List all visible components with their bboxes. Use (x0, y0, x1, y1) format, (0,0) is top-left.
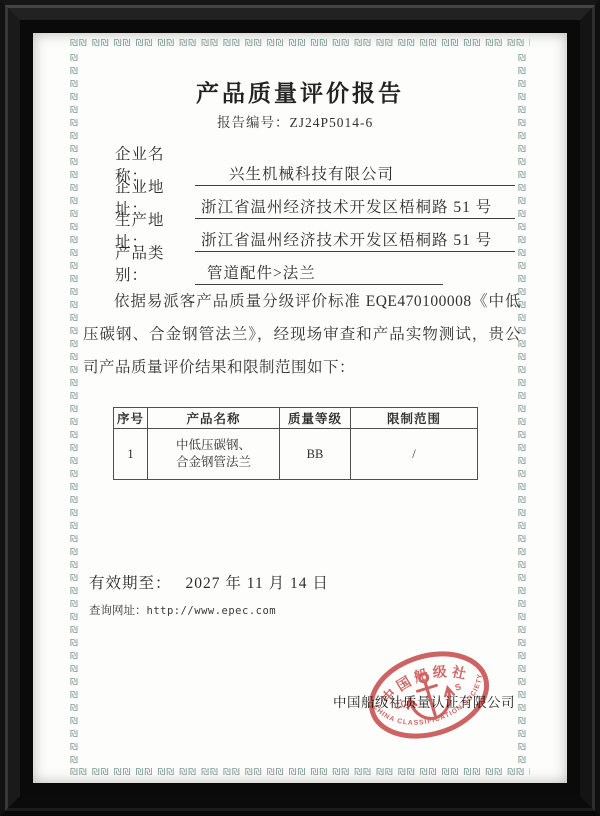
table-header-product: 产品名称 (148, 408, 280, 429)
report-number: 报告编号：ZJ24P5014-6 (217, 111, 373, 131)
cell-index: 1 (114, 429, 148, 480)
validity-label: 有效期至： (89, 575, 172, 592)
field-value: 浙江省温州经济技术开发区梧桐路 51 号 (195, 195, 515, 219)
query-label: 查询网址： (89, 605, 147, 617)
cell-limit-scope: / (351, 429, 478, 480)
validity-date: 2027 年 11 月 14 日 (186, 575, 329, 592)
field-product-category: 产品类别： 管道配件>法兰 (115, 252, 515, 285)
certificate-paper: ₪₪ ₪₪ ₪₪ ₪₪ ₪₪ ₪₪ ₪₪ ₪₪ ₪₪ ₪₪ ₪₪ ₪₪ ₪₪ ₪… (33, 33, 567, 783)
table-header-row: 序号 产品名称 质量等级 限制范围 (114, 408, 478, 429)
field-value: 管道配件>法兰 (195, 261, 443, 285)
cell-quality-grade: BB (280, 429, 351, 480)
ornament-border-bottom: ₪₪ ₪₪ ₪₪ ₪₪ ₪₪ ₪₪ ₪₪ ₪₪ ₪₪ ₪₪ ₪₪ ₪₪ ₪₪ ₪… (70, 766, 530, 779)
company-fields: 企业名称： 兴生机械科技有限公司 企业地址： 浙江省温州经济技术开发区梧桐路 5… (115, 153, 515, 285)
ornament-border-right: ₪₪₪₪₪₪₪₪₪₪₪₪₪₪₪₪₪₪₪₪₪₪₪₪₪₪₪₪₪₪₪₪₪₪₪₪₪₪₪₪… (518, 52, 530, 764)
report-number-label: 报告编号： (217, 115, 290, 130)
report-number-value: ZJ24P5014-6 (290, 115, 374, 130)
evaluation-statement: 依据易派客产品质量分级评价标准 EQE470100008《中低压碳钢、合金钢管法… (83, 285, 521, 384)
table-row: 1 中低压碳钢、 合金钢管法兰 BB / (114, 429, 478, 480)
cell-product-name: 中低压碳钢、 合金钢管法兰 (148, 429, 280, 480)
field-label: 产品类别： (115, 241, 195, 285)
table-header-grade: 质量等级 (280, 408, 351, 429)
query-url: http://www.epec.com (147, 605, 277, 617)
query-line: 查询网址：http://www.epec.com (89, 602, 276, 618)
validity-line: 有效期至：2027 年 11 月 14 日 (89, 571, 329, 593)
ornament-border-top: ₪₪ ₪₪ ₪₪ ₪₪ ₪₪ ₪₪ ₪₪ ₪₪ ₪₪ ₪₪ ₪₪ ₪₪ ₪₪ ₪… (70, 37, 530, 50)
table-header-limit: 限制范围 (351, 408, 478, 429)
table-header-index: 序号 (114, 408, 148, 429)
framed-certificate-photo: ₪₪ ₪₪ ₪₪ ₪₪ ₪₪ ₪₪ ₪₪ ₪₪ ₪₪ ₪₪ ₪₪ ₪₪ ₪₪ ₪… (0, 0, 600, 816)
field-value: 浙江省温州经济技术开发区梧桐路 51 号 (195, 228, 515, 252)
evaluation-result-table: 序号 产品名称 质量等级 限制范围 1 中低压碳钢、 合金钢管法兰 BB / (113, 407, 478, 480)
ornament-border-left: ₪₪₪₪₪₪₪₪₪₪₪₪₪₪₪₪₪₪₪₪₪₪₪₪₪₪₪₪₪₪₪₪₪₪₪₪₪₪₪₪… (70, 52, 82, 764)
field-value: 兴生机械科技有限公司 (195, 162, 515, 186)
issuer-name: 中国船级社质量认证有限公司 (333, 691, 515, 711)
certificate-title: 产品质量评价报告 (33, 75, 567, 108)
